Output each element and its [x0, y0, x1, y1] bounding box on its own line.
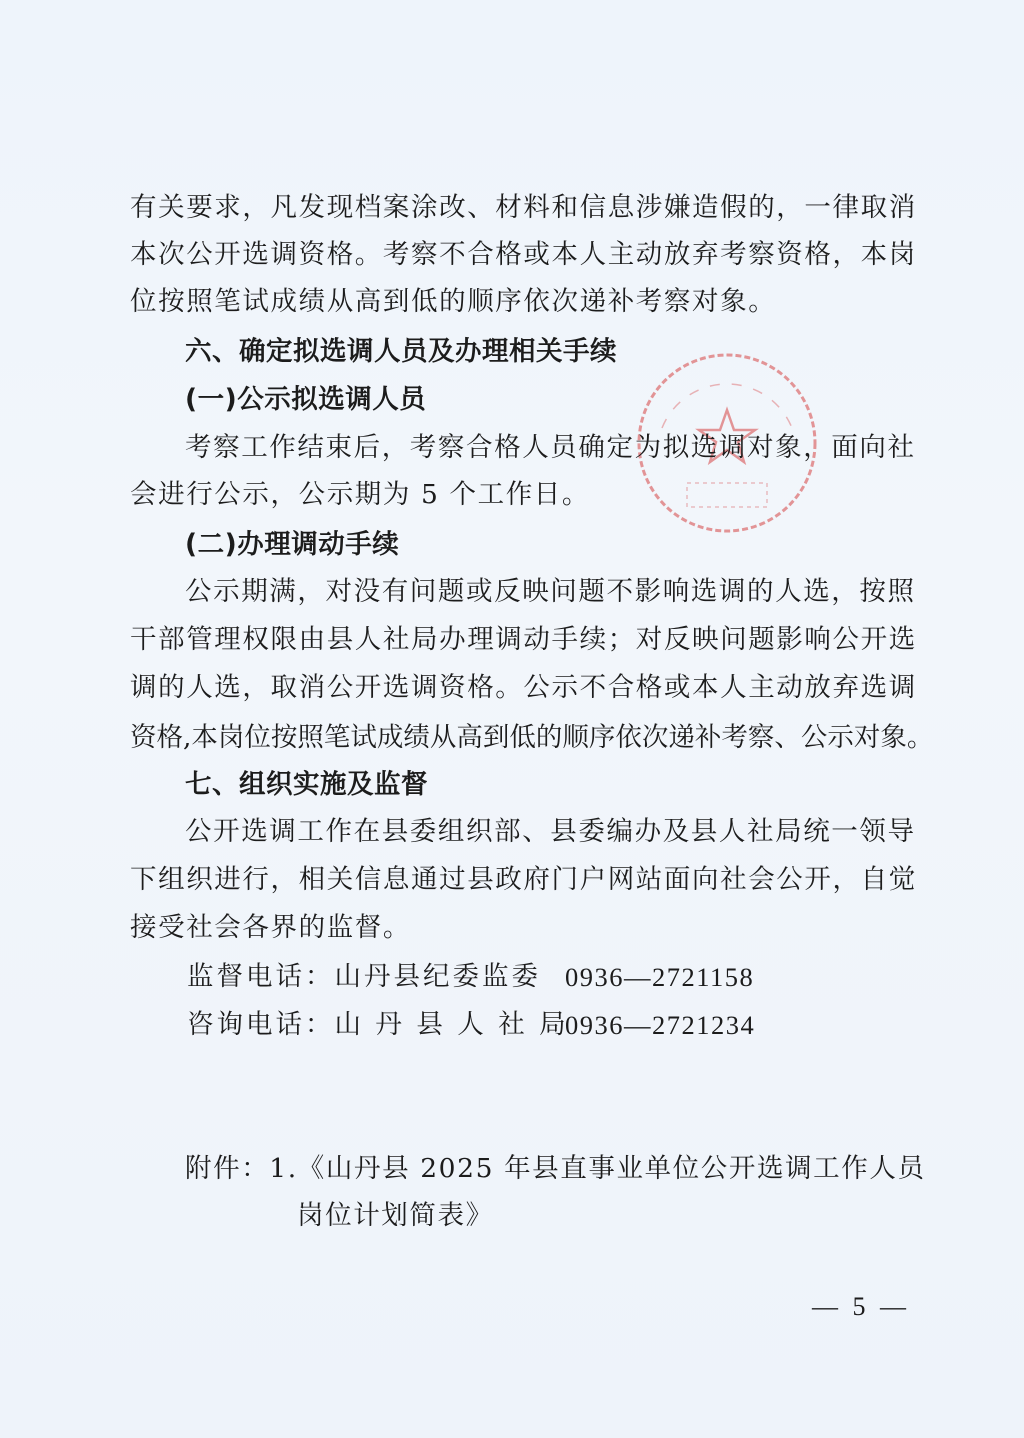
contact-label: 咨询电话：山 丹 县 人 社 局 — [187, 1009, 569, 1040]
contact-phone: 0936—2721158 — [565, 960, 754, 994]
paragraph-line: 公开选调工作在县委组织部、县委编办及县人社局统一领导 — [185, 815, 900, 849]
contact-supervision: 监督电话：山丹县纪委监委 0936—2721158 — [187, 960, 957, 994]
paragraph-line: 会进行公示，公示期为 5 个工作日。 — [130, 478, 900, 512]
contact-phone: 0936—2721234 — [565, 1008, 755, 1042]
contact-inquiry: 咨询电话：山 丹 县 人 社 局 0936—2721234 — [187, 1008, 957, 1042]
paragraph-line: 资格,本岗位按照笔试成绩从高到低的顺序依次递补考察、公示对象。 — [130, 721, 900, 755]
attachment-line-1: 附件：1.《山丹县 2025 年县直事业单位公开选调工作人员 — [185, 1152, 955, 1186]
paragraph-line: 有关要求，凡发现档案涂改、材料和信息涉嫌造假的，一律取消 — [130, 191, 900, 225]
paragraph-line: 考察工作结束后，考察合格人员确定为拟选调对象，面向社 — [185, 431, 900, 465]
paragraph-line: 接受社会各界的监督。 — [130, 911, 900, 945]
contact-label: 监督电话：山丹县纪委监委 — [187, 961, 541, 992]
page-number: — 5 — — [812, 1292, 910, 1322]
paragraph-line: 本次公开选调资格。考察不合格或本人主动放弃考察资格，本岗 — [130, 238, 900, 272]
paragraph-line: 调的人选，取消公开选调资格。公示不合格或本人主动放弃选调 — [130, 671, 900, 705]
paragraph-line: 干部管理权限由县人社局办理调动手续；对反映问题影响公开选 — [130, 623, 900, 657]
section-heading-6: 六、确定拟选调人员及办理相关手续 — [185, 335, 900, 369]
paragraph-line: 位按照笔试成绩从高到低的顺序依次递补考察对象。 — [130, 285, 900, 319]
paragraph-line: 公示期满，对没有问题或反映问题不影响选调的人选，按照 — [185, 575, 900, 609]
subsection-heading-6-1: (一)公示拟选调人员 — [185, 383, 900, 417]
section-heading-7: 七、组织实施及监督 — [185, 768, 900, 802]
attachment-line-2: 岗位计划简表》 — [297, 1199, 1024, 1233]
subsection-heading-6-2: (二)办理调动手续 — [185, 528, 900, 562]
paragraph-line: 下组织进行，相关信息通过县政府门户网站面向社会公开，自觉 — [130, 863, 900, 897]
